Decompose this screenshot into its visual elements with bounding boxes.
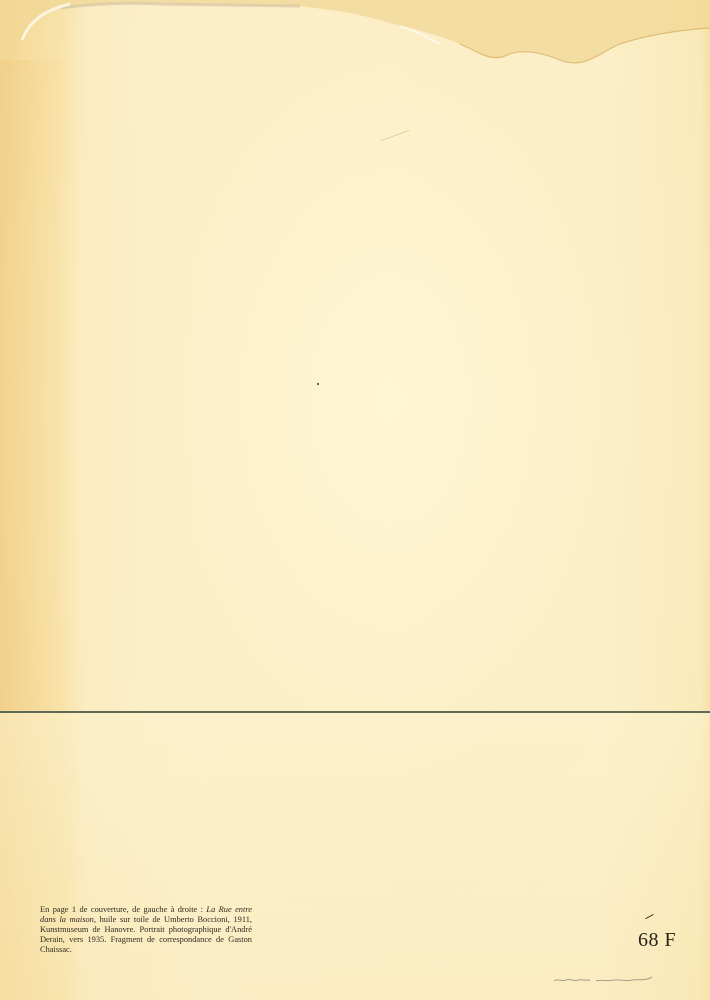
torn-top-edge (0, 0, 710, 80)
lower-panel (0, 713, 710, 1000)
cover-price: 68 F (638, 929, 676, 952)
cover-credits-caption: En page 1 de couverture, de gauche à dro… (40, 905, 252, 955)
paper-speck (317, 383, 319, 385)
sun-faded-left-band (0, 60, 70, 710)
pencil-scribble-annotation (552, 975, 657, 985)
caption-prefix: En page 1 de couverture, de gauche à dro… (40, 905, 206, 914)
